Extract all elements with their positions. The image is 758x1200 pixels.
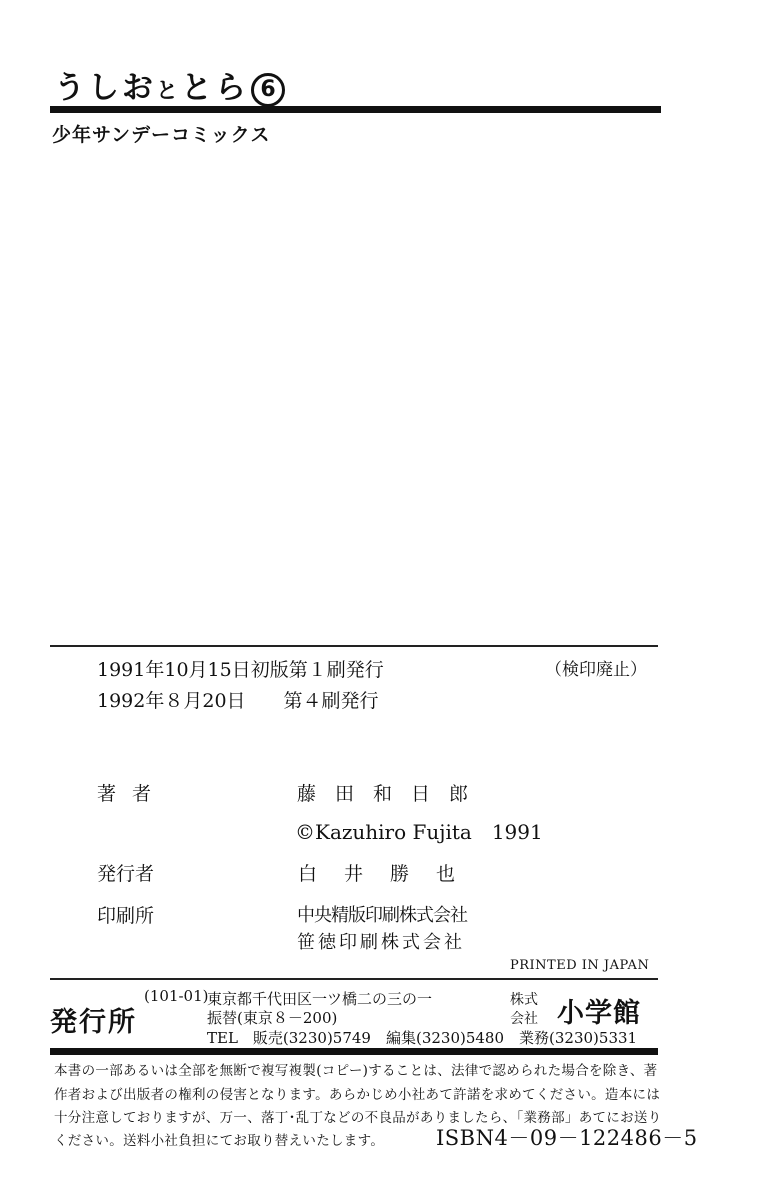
notice-line-1: 本書の一部あるいは全部を無断で複写複製(コピー)することは、法律で認められた場合… <box>54 1059 657 1079</box>
publisher-label: 発行者 <box>97 859 154 886</box>
company-type-2: 会社 <box>510 1008 538 1028</box>
title-small-kana: と <box>156 79 181 104</box>
printer-2: 笹徳印刷株式会社 <box>297 928 465 954</box>
company-type-1: 株式 <box>510 989 538 1009</box>
printer-label: 印刷所 <box>97 901 154 928</box>
title-rule <box>50 106 661 113</box>
transfer-account: 振替(東京８－200) <box>207 1007 337 1028</box>
notice-line-2: 作者および出版者の権利の侵害となります。あらかじめ小社あて許諾を求めてください。… <box>54 1083 660 1103</box>
first-edition-date: 1991年10月15日初版第１刷発行 <box>97 655 384 682</box>
printer-1: 中央精版印刷株式会社 <box>297 901 467 927</box>
colophon-top-rule <box>50 645 658 647</box>
printed-in-japan: PRINTED IN JAPAN <box>510 958 649 973</box>
current-printing-date: 1992年８月20日 第４刷発行 <box>97 686 379 713</box>
publisher-address: 東京都千代田区一ツ橋二の三の一 <box>207 988 432 1009</box>
title-main: うしお <box>54 70 156 106</box>
imprint-bottom-rule <box>50 1048 658 1055</box>
author-name: 藤田和日郎 <box>297 779 487 806</box>
volume-number-badge: 6 <box>251 73 285 107</box>
seal-notice: （検印廃止） <box>545 655 647 680</box>
author-label: 著者 <box>97 779 167 806</box>
imprint-label: 発行所 <box>50 1000 137 1039</box>
imprint-top-rule <box>50 978 658 980</box>
book-title: うしおととら6 <box>54 62 285 107</box>
isbn: ISBN4－09－122486－5 <box>436 1122 698 1152</box>
publisher-name: 白井勝也 <box>298 859 482 886</box>
publisher-company-name: 小学館 <box>557 991 641 1030</box>
title-rest: とら <box>181 70 249 106</box>
copyright-line: ©Kazuhiro Fujita 1991 <box>295 816 543 845</box>
postal-code: (101-01) <box>144 987 209 1005</box>
notice-line-4: ください。送料小社負担にてお取り替えいたします。 <box>54 1129 384 1149</box>
series-name: 少年サンデーコミックス <box>52 120 270 147</box>
telephone-numbers: TEL 販売(3230)5749 編集(3230)5480 業務(3230)53… <box>207 1027 637 1048</box>
